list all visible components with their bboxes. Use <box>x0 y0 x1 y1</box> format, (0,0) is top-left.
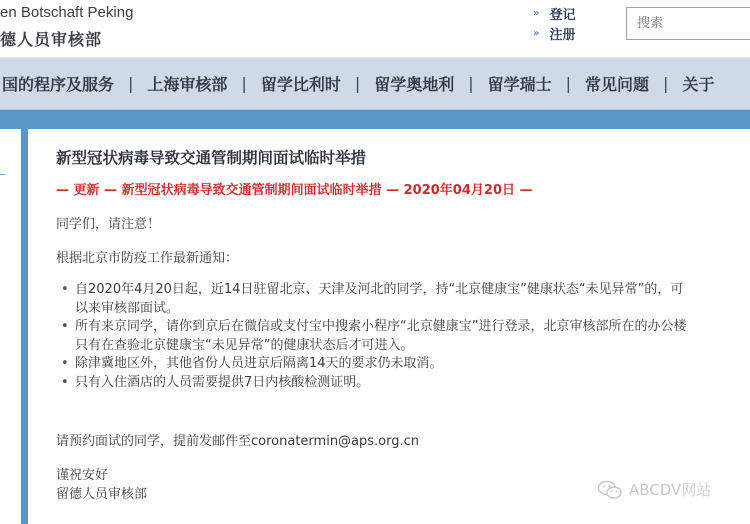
nav-item-belgium[interactable]: 留学比利时 <box>259 72 343 95</box>
list-item-line: 只有入住酒店的人员需要提供7日内核酸检测证明。 <box>75 375 369 390</box>
double-chevron-right-icon: » <box>533 8 539 19</box>
list-item-line: 所有来京同学，请你到京后在微信或支付宝中搜索小程序“北京健康宝”进行登录，北京审… <box>75 319 686 334</box>
list-item: • 只有入住酒店的人员需要提供7日内核酸检测证明。 <box>56 374 686 393</box>
brand-name-german[interactable]: en Botschaft Peking <box>0 4 133 21</box>
sidebar-divider <box>21 129 28 524</box>
nav-item-shanghai[interactable]: 上海审核部 <box>145 72 229 95</box>
nav-separator: | <box>468 74 473 93</box>
double-chevron-right-icon: » <box>533 28 539 39</box>
list-item-line: 只有在查验北京健康宝“未见异常”的健康状态后才可进入。 <box>75 338 413 353</box>
update-notice: — 更新 — 新型冠状病毒导致交通管制期间面试临时举措 — 2020年04月20… <box>56 179 533 198</box>
nav-item-about[interactable]: 关于 <box>680 72 716 95</box>
watermark-label: ABCDV网站 <box>629 479 711 500</box>
register-link[interactable]: » 注册 <box>533 23 575 43</box>
nav-separator: | <box>566 74 571 93</box>
login-link-label: 登记 <box>549 4 575 23</box>
watermark: ABCDV网站 <box>597 479 711 500</box>
bullet-icon: • <box>61 281 69 300</box>
bullet-icon: • <box>61 355 69 374</box>
left-sidebar <box>0 129 20 524</box>
intro-text: 根据北京市防疫工作最新通知： <box>56 247 238 266</box>
article-title: 新型冠状病毒导致交通管制期间面试临时举措 <box>56 146 366 168</box>
auth-links: » 登记 » 注册 <box>533 3 575 43</box>
bullet-icon: • <box>61 318 69 337</box>
nav-item-switzerland[interactable]: 留学瑞士 <box>486 72 554 95</box>
list-item: • 所有来京同学，请你到京后在微信或支付宝中搜索小程序“北京健康宝”进行登录，北… <box>56 318 686 355</box>
contact-paragraph: 请预约面试的同学，提前发邮件至coronatermin@aps.org.cn <box>56 430 419 449</box>
contact-text: 请预约面试的同学，提前发邮件至 <box>56 434 251 449</box>
list-item-line: 除津冀地区外，其他省份人员进京后隔离14天的要求仍未取消。 <box>75 356 443 371</box>
greeting-text: 同学们，请注意！ <box>56 213 160 232</box>
register-link-label: 注册 <box>549 24 575 43</box>
wechat-icon <box>597 480 623 500</box>
nav-separator: | <box>355 74 360 93</box>
login-link[interactable]: » 登记 <box>533 3 575 23</box>
brand-name-chinese[interactable]: 德人员审核部 <box>0 27 102 50</box>
article-content: 新型冠状病毒导致交通管制期间面试临时举措 — 更新 — 新型冠状病毒导致交通管制… <box>28 129 750 524</box>
sidebar-tick <box>0 174 5 175</box>
signature-text: 留德人员审核部 <box>56 483 147 502</box>
main-nav: 国的程序及服务 | 上海审核部 | 留学比利时 | 留学奥地利 | 留学瑞士 |… <box>0 57 750 109</box>
site-header: en Botschaft Peking 德人员审核部 » 登记 » 注册 <box>0 0 750 56</box>
list-item-line: 以来审核部面试。 <box>75 301 179 316</box>
nav-underline-bar <box>0 109 750 129</box>
list-item: • 除津冀地区外，其他省份人员进京后隔离14天的要求仍未取消。 <box>56 355 686 374</box>
nav-item-procedures[interactable]: 国的程序及服务 <box>0 72 116 95</box>
list-item-line: 自2020年4月20日起，近14日驻留北京、天津及河北的同学，持“北京健康宝”健… <box>75 282 683 297</box>
nav-separator: | <box>663 74 668 93</box>
list-item: • 自2020年4月20日起，近14日驻留北京、天津及河北的同学，持“北京健康宝… <box>56 281 686 318</box>
contact-email-link[interactable]: coronatermin@aps.org.cn <box>251 434 419 449</box>
search-input[interactable] <box>626 7 750 40</box>
nav-item-faq[interactable]: 常见问题 <box>583 72 651 95</box>
nav-separator: | <box>128 74 133 93</box>
bullet-icon: • <box>61 374 69 393</box>
notice-list: • 自2020年4月20日起，近14日驻留北京、天津及河北的同学，持“北京健康宝… <box>56 281 686 392</box>
nav-item-austria[interactable]: 留学奥地利 <box>372 72 456 95</box>
nav-separator: | <box>241 74 246 93</box>
closing-text: 谨祝安好 <box>56 464 108 483</box>
